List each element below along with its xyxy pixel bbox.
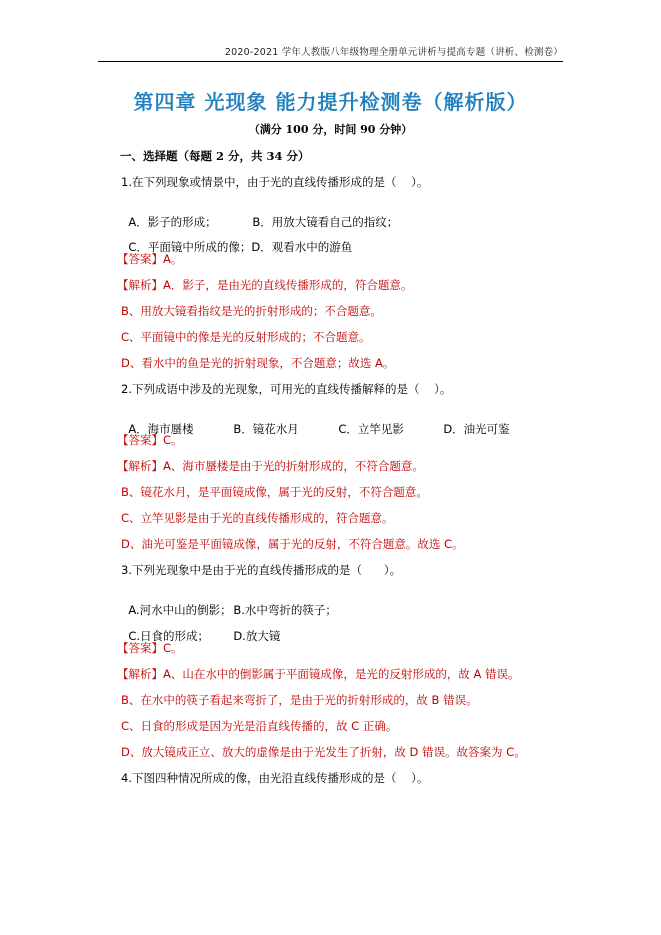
question-2-option-b: B．镜花水月 — [233, 422, 338, 436]
question-1-options-row-2: C．平面镜中所成的像；D．观看水中的游鱼 — [121, 226, 352, 254]
question-3-options-row-1: A.河水中山的倒影；B.水中弯折的筷子； — [121, 589, 337, 617]
question-2-analysis-line: 【解析】A、海市蜃楼是由于光的折射形成的，不符合题意。 — [117, 459, 424, 473]
question-2-options-row-1: A．海市蜃楼B．镜花水月C．立竿见影D．油光可鉴 — [121, 408, 510, 436]
question-3-analysis-line: D、放大镜成正立、放大的虚像是由于光发生了折射，故 D 错误。故答案为 C。 — [121, 745, 526, 759]
question-3-options-row-2: C.日食的形成；D.放大镜 — [121, 615, 280, 643]
question-3-analysis-line: C、日食的形成是因为光是沿直线传播的，故 C 正确。 — [121, 719, 397, 733]
question-1-analysis-line: D、看水中的鱼是光的折射现象，不合题意；故选 A。 — [121, 356, 394, 370]
question-1-options-row-1: A．影子的形成；B．用放大镜看自己的指纹； — [121, 201, 398, 229]
question-2-option-c: C．立竿见影 — [338, 422, 443, 436]
question-2-analysis-line: B、镜花水月，是平面镜成像，属于光的反射，不符合题意。 — [121, 485, 428, 499]
header-text: 2020-2021 学年人教版八年级物理全册单元讲析与提高专题（讲析、检测卷） — [98, 44, 563, 58]
question-2-analysis-line: D、油光可鉴是平面镜成像，属于光的反射，不符合题意。故选 C。 — [121, 537, 464, 551]
question-4-stem: 4.下图四种情况所成的像，由光沿直线传播形成的是（ ）。 — [121, 771, 428, 785]
question-3-analysis-line: B、在水中的筷子看起来弯折了，是由于光的折射形成的，故 B 错误。 — [121, 693, 478, 707]
question-1-analysis-line: C、平面镜中的像是光的反射形成的；不合题意。 — [121, 330, 371, 344]
question-3-stem: 3.下列光现象中是由于光的直线传播形成的是（ ）。 — [121, 563, 401, 577]
question-1-option-d: D．观看水中的游鱼 — [251, 240, 352, 254]
question-2-stem: 2.下列成语中涉及的光现象，可用光的直线传播解释的是（ ）。 — [121, 382, 451, 396]
question-1-analysis-line: 【解析】A．影子，是由光的直线传播形成的，符合题意。 — [117, 278, 412, 292]
question-2-option-d: D．油光可鉴 — [443, 422, 509, 436]
question-2-analysis-line: C、立竿见影是由于光的直线传播形成的，符合题意。 — [121, 511, 394, 525]
question-1-stem: 1.在下列现象或情景中，由于光的直线传播形成的是（ ）。 — [121, 175, 428, 189]
document-title: 第四章 光现象 能力提升检测卷（解析版） — [0, 86, 661, 115]
section-heading: 一、选择题（每题 2 分，共 34 分） — [120, 149, 310, 163]
question-3-analysis-line: 【解析】A、山在水中的倒影属于平面镜成像，是光的反射形成的，故 A 错误。 — [117, 667, 520, 681]
question-1-answer: 【答案】A。 — [117, 252, 182, 266]
document-subtitle: （满分 100 分，时间 90 分钟） — [0, 121, 661, 137]
question-1-analysis-line: B、用放大镜看指纹是光的折射形成的；不合题意。 — [121, 304, 382, 318]
header-divider — [98, 61, 563, 62]
question-3-answer: 【答案】C。 — [117, 641, 183, 655]
question-2-answer: 【答案】C。 — [117, 433, 183, 447]
question-3-option-d: D.放大镜 — [233, 629, 280, 643]
